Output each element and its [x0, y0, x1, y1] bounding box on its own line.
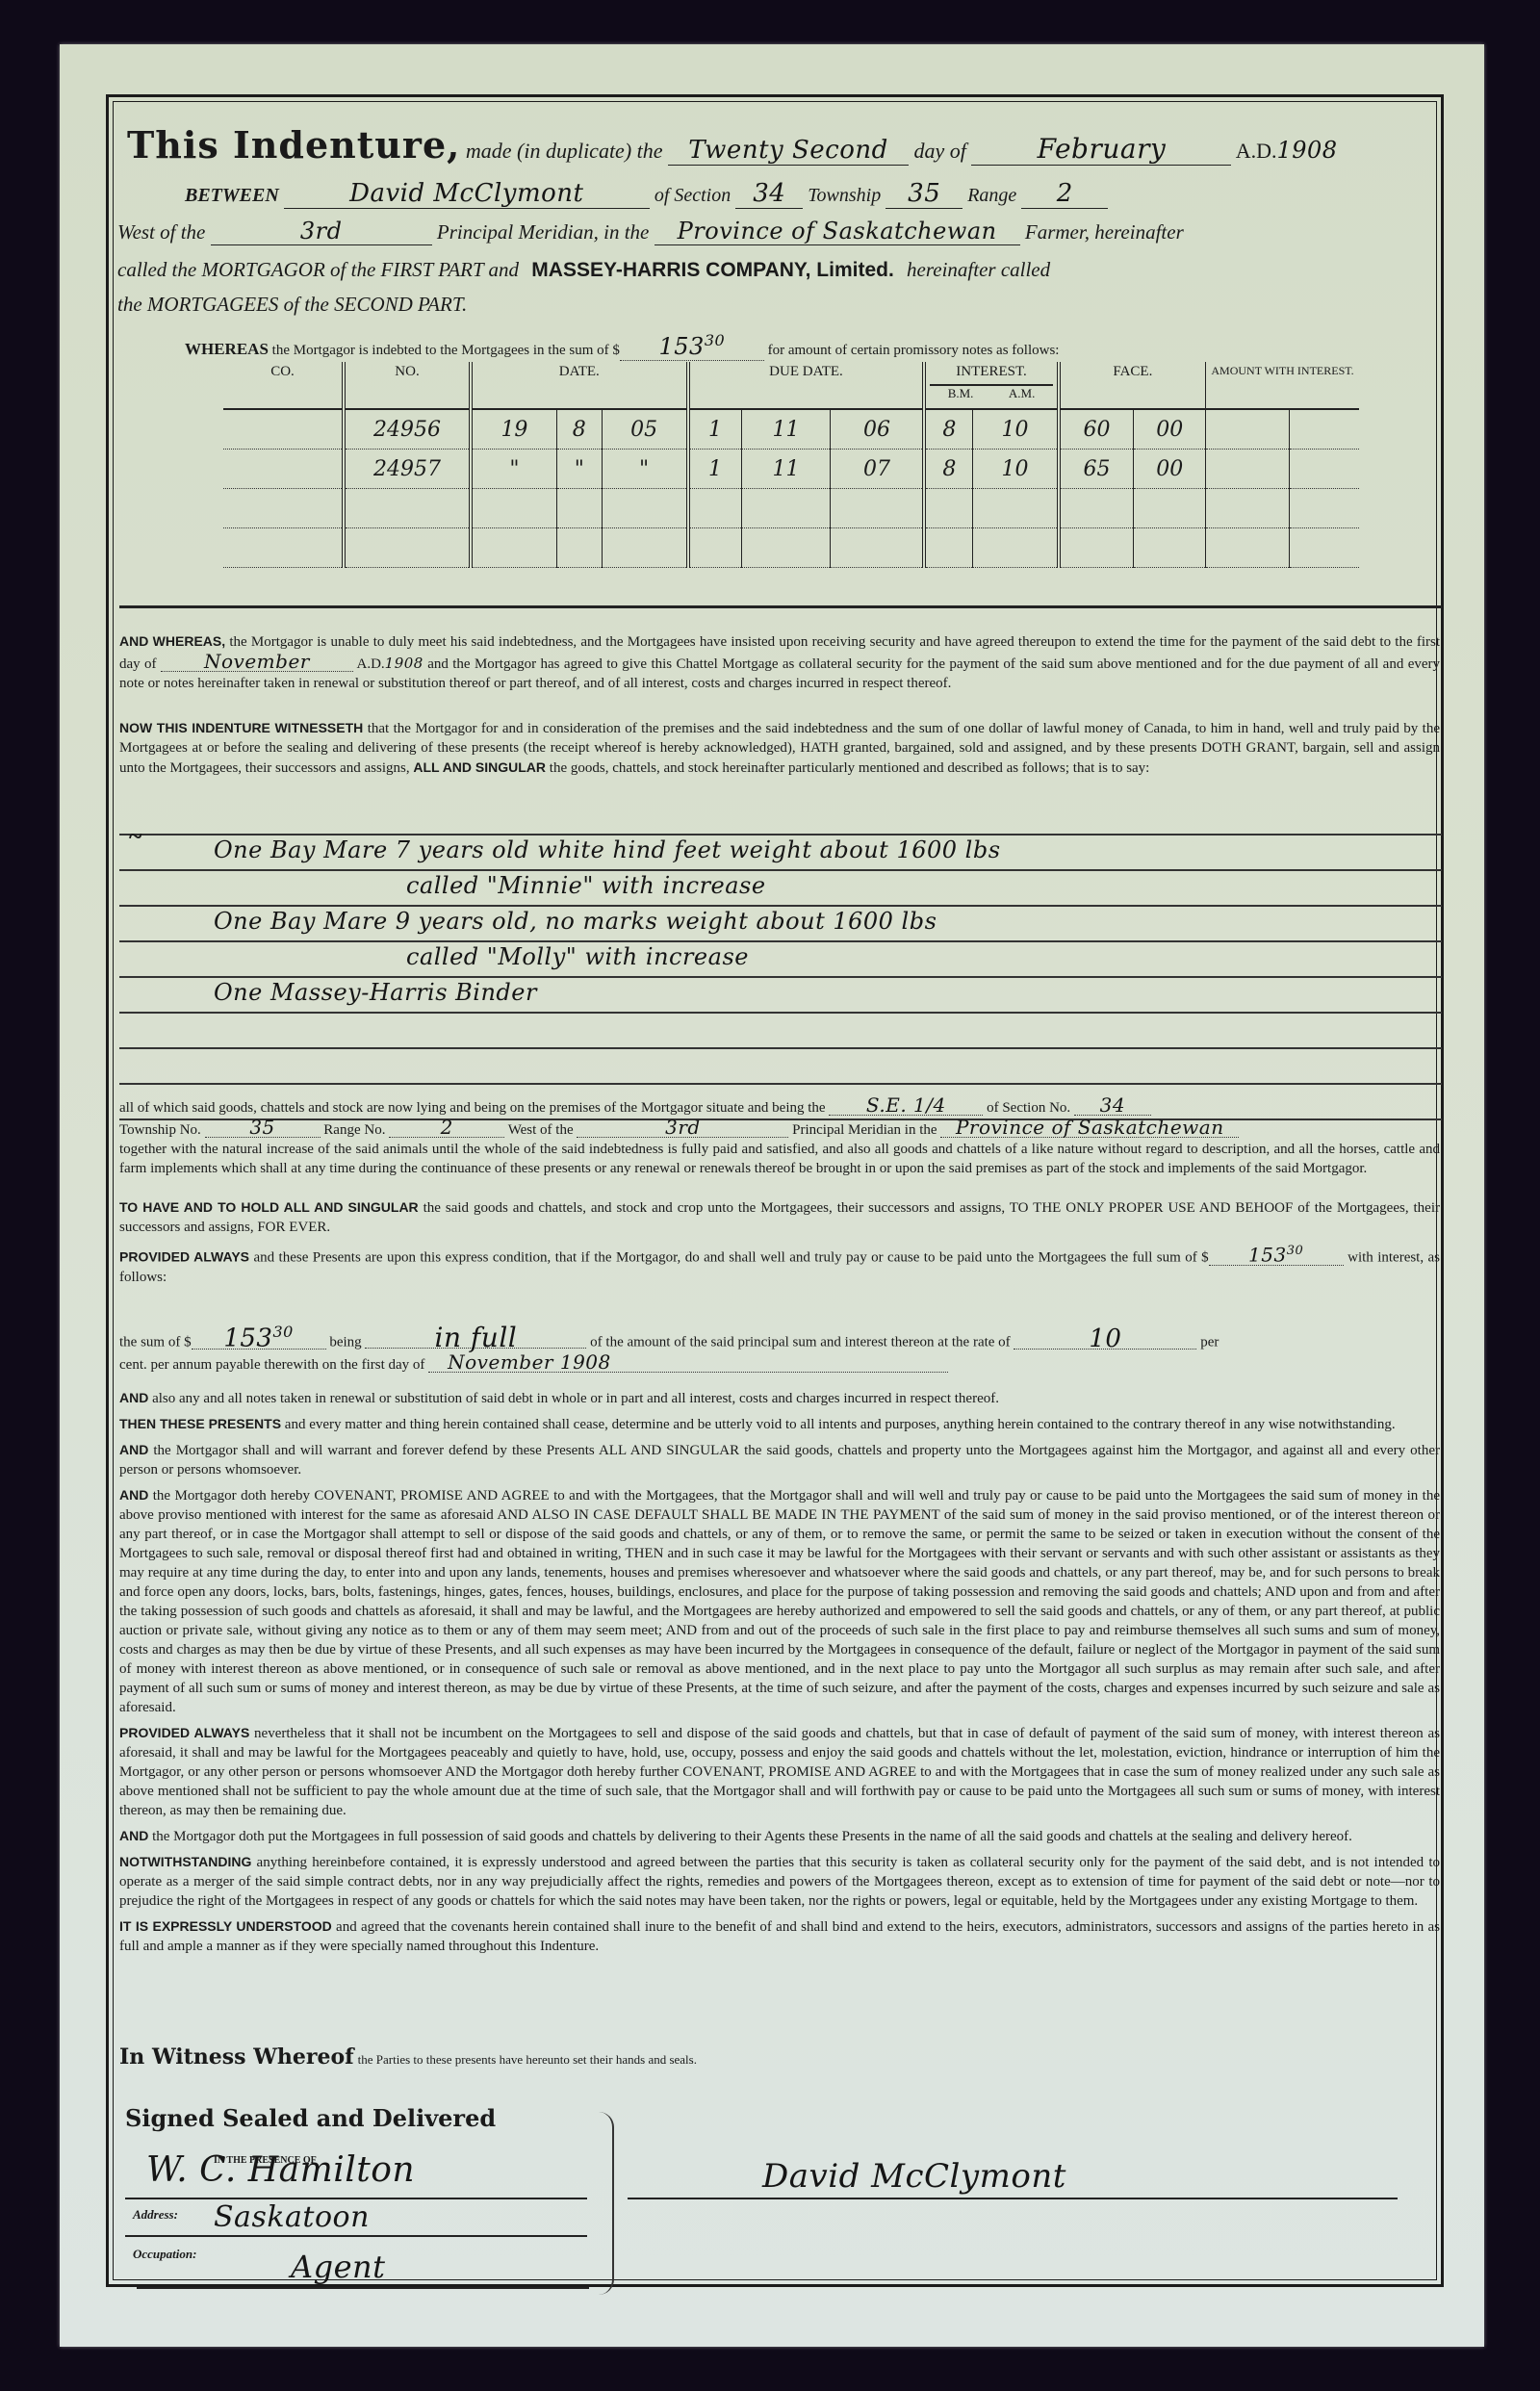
to-have-clause: TO HAVE AND TO HOLD ALL AND SINGULAR the… [119, 1197, 1440, 1237]
cell-interest-am[interactable] [973, 528, 1059, 568]
header-line-5: the MORTGAGEES of the SECOND PART. [117, 293, 467, 317]
clause-text: anything hereinbefore contained, it is e… [119, 1855, 1440, 1909]
premises-meridian-field[interactable]: 3rd [577, 1118, 788, 1138]
col-due-date: DUE DATE. [688, 362, 925, 409]
premises-township-field[interactable]: 35 [205, 1118, 321, 1138]
cell-interest-am[interactable]: 10 [973, 450, 1059, 489]
cell-date-month[interactable] [556, 528, 602, 568]
witnesseth-text-2: the goods, chattels, and stock hereinaft… [550, 760, 1150, 776]
cell-face-cents[interactable] [1134, 489, 1206, 528]
promissory-notes-table: CO. NO. DATE. DUE DATE. INTEREST. B.M. A… [223, 362, 1359, 568]
ad-label-2: A.D. [356, 656, 384, 672]
cell-no[interactable] [344, 528, 471, 568]
being-field[interactable]: in full [365, 1328, 586, 1349]
cell-due-month[interactable] [741, 528, 831, 568]
being-label: being [329, 1335, 361, 1350]
signed-sealed-delivered: Signed Sealed and Delivered [125, 2104, 496, 2132]
clause-label: AND [119, 1828, 148, 1843]
cell-due-day[interactable] [688, 528, 741, 568]
cell-interest-bm[interactable]: 8 [924, 450, 972, 489]
cell-date-month[interactable] [556, 489, 602, 528]
clause-label: AND [119, 1442, 148, 1457]
whereas-line: WHEREAS the Mortgagor is indebted to the… [185, 331, 1059, 361]
cell-face-dollars[interactable]: 65 [1059, 450, 1134, 489]
full-sum-field[interactable]: 15330 [1209, 1242, 1344, 1266]
day-of-label: day of [914, 139, 966, 163]
premises-section-label: of Section No. [987, 1100, 1070, 1116]
township-field[interactable]: 35 [885, 179, 962, 209]
cell-amount-dollars[interactable] [1206, 489, 1290, 528]
to-have-label: TO HAVE AND TO HOLD ALL AND SINGULAR [119, 1199, 419, 1215]
clause-label: AND [119, 1390, 148, 1405]
cell-date-year[interactable] [602, 528, 687, 568]
witnesseth-clause: NOW THIS INDENTURE WITNESSETH that the M… [119, 718, 1440, 778]
header-line-2: BETWEEN David McClymont of Section 34 To… [185, 179, 1108, 209]
table-bottom-rule [119, 605, 1442, 608]
occupation-line [137, 2287, 589, 2289]
goods-rule [119, 1012, 1442, 1014]
premises-range-field[interactable]: 2 [389, 1118, 504, 1138]
header-line-4: called the MORTGAGOR of the FIRST PART a… [117, 258, 1050, 282]
goods-item[interactable]: called "Molly" with increase [406, 943, 749, 970]
goods-item[interactable]: called "Minnie" with increase [406, 872, 766, 899]
provided-text: and these Presents are upon this express… [253, 1250, 1208, 1266]
witnesseth-label: NOW THIS INDENTURE WITNESSETH [119, 720, 363, 735]
witness-signature[interactable]: W. C. Hamilton [146, 2150, 415, 2190]
cell-due-day[interactable]: 1 [688, 409, 741, 450]
payment-sum-field[interactable]: 15330 [192, 1323, 326, 1350]
mortgagor-name-field[interactable]: David McClymont [284, 179, 650, 209]
witness-signature-line [125, 2198, 587, 2199]
cell-date-day[interactable]: 19 [471, 409, 556, 450]
cell-co[interactable] [223, 489, 344, 528]
cell-due-year[interactable] [831, 489, 924, 528]
note-row [223, 489, 1359, 528]
clause-text: the Mortgagor doth hereby COVENANT, PROM… [119, 1488, 1440, 1715]
province-field[interactable]: Province of Saskatchewan [654, 218, 1020, 245]
provided-clause: PROVIDED ALWAYS and these Presents are u… [119, 1242, 1440, 1287]
clause-text: and every matter and thing herein contai… [285, 1417, 1396, 1432]
cell-date-month[interactable]: 8 [556, 409, 602, 450]
cell-due-month[interactable]: 11 [741, 450, 831, 489]
address-line [125, 2235, 587, 2237]
goods-rule [119, 1083, 1442, 1085]
and-whereas-clause: AND WHEREAS, the Mortgagor is unable to … [119, 631, 1440, 693]
cell-due-year[interactable]: 07 [831, 450, 924, 489]
farmer-label: Farmer, hereinafter [1025, 220, 1184, 244]
section-label: of Section [654, 185, 731, 206]
hereinafter-text: hereinafter called [907, 258, 1050, 281]
cell-date-year[interactable]: 05 [602, 409, 687, 450]
quarter-field[interactable]: S.E. 1/4 [829, 1095, 983, 1116]
goods-item[interactable]: One Bay Mare 9 years old, no marks weigh… [214, 908, 937, 935]
cell-date-day[interactable]: " [471, 450, 556, 489]
goods-item[interactable]: One Massey-Harris Binder [214, 979, 537, 1006]
occupation-field[interactable]: Agent [291, 2249, 386, 2285]
payment-sum-label: the sum of $ [119, 1335, 192, 1350]
premises-section-field[interactable]: 34 [1074, 1095, 1151, 1116]
cell-face-cents[interactable] [1134, 528, 1206, 568]
clause-text: also any and all notes taken in renewal … [152, 1391, 999, 1406]
clause-paragraph: AND the Mortgagor shall and will warrant… [119, 1440, 1440, 1479]
cell-amount-cents[interactable] [1289, 450, 1359, 489]
cell-interest-am[interactable] [973, 489, 1059, 528]
header-line-3: West of the 3rd Principal Meridian, in t… [117, 218, 1184, 245]
extension-year-field[interactable]: 1908 [385, 655, 423, 672]
address-label: Address: [133, 2207, 178, 2223]
col-bm: B.M. [948, 386, 974, 401]
payment-text: of the amount of the said principal sum … [590, 1335, 1011, 1350]
clause-paragraph: IT IS EXPRESSLY UNDERSTOOD and agreed th… [119, 1916, 1440, 1956]
mortgagor-signature-line [628, 2198, 1398, 2199]
col-face: FACE. [1059, 362, 1206, 409]
extension-month-field[interactable]: November [161, 652, 353, 672]
premises-township-label: Township No. [119, 1122, 201, 1138]
cell-due-day[interactable] [688, 489, 741, 528]
cell-interest-bm[interactable] [924, 528, 972, 568]
section-field[interactable]: 34 [735, 179, 803, 209]
address-field[interactable]: Saskatoon [214, 2200, 370, 2234]
goods-rule [119, 976, 1442, 978]
year-field[interactable]: 1908 [1277, 137, 1338, 164]
cell-amount-cents[interactable] [1289, 528, 1359, 568]
premises-text-2: together with the natural increase of th… [119, 1142, 1440, 1176]
cell-no[interactable]: 24957 [344, 450, 471, 489]
mortgagor-part-text: called the MORTGAGOR of the FIRST PART a… [117, 258, 519, 281]
cell-amount-dollars[interactable] [1206, 450, 1290, 489]
provided-label: PROVIDED ALWAYS [119, 1249, 249, 1265]
meridian-field[interactable]: 3rd [211, 218, 432, 245]
cell-amount-dollars[interactable] [1206, 409, 1290, 450]
clause-paragraph: AND the Mortgagor doth put the Mortgagee… [119, 1826, 1440, 1846]
col-no: NO. [344, 362, 471, 409]
whereas-label: WHEREAS [185, 340, 269, 358]
company-name: MASSEY-HARRIS COMPANY, Limited. [531, 259, 893, 281]
premises-west-label: West of the [508, 1122, 574, 1138]
clause-label: THEN THESE PRESENTS [119, 1416, 281, 1431]
witness-line: In Witness Whereof the Parties to these … [119, 2044, 697, 2070]
clause-label: NOTWITHSTANDING [119, 1854, 251, 1869]
payment-text-2: cent. per annum payable therewith on the… [119, 1357, 424, 1373]
col-date: DATE. [471, 362, 688, 409]
cell-co[interactable] [223, 409, 344, 450]
clause-label: PROVIDED ALWAYS [119, 1725, 249, 1740]
premises-meridian-label: Principal Meridian in the [792, 1122, 937, 1138]
occupation-label: Occupation: [133, 2247, 196, 2262]
signature-bracket [599, 2112, 614, 2295]
payment-terms: the sum of $15330 being in full of the a… [119, 1323, 1440, 1375]
cell-date-year[interactable] [602, 489, 687, 528]
goods-rule [119, 940, 1442, 942]
cell-date-year[interactable]: " [602, 450, 687, 489]
ad-label: A.D. [1236, 139, 1277, 163]
cell-interest-bm[interactable]: 8 [924, 409, 972, 450]
whereas-text-end: for amount of certain promissory notes a… [768, 343, 1060, 358]
and-whereas-label: AND WHEREAS, [119, 633, 225, 649]
interest-rate-field[interactable]: 10 [1014, 1329, 1196, 1350]
cell-date-month[interactable]: " [556, 450, 602, 489]
cell-due-day[interactable]: 1 [688, 450, 741, 489]
cell-co[interactable] [223, 450, 344, 489]
goods-rule [119, 834, 1442, 836]
range-field[interactable]: 2 [1021, 179, 1108, 209]
cell-no[interactable]: 24956 [344, 409, 471, 450]
mortgagees-part-text: the MORTGAGEES of the SECOND PART. [117, 293, 467, 316]
premises-clause: all of which said goods, chattels and st… [119, 1095, 1440, 1178]
cell-date-day[interactable] [471, 489, 556, 528]
west-label: West of the [117, 220, 205, 244]
clause-paragraph: THEN THESE PRESENTS and every matter and… [119, 1414, 1440, 1434]
cell-interest-bm[interactable] [924, 489, 972, 528]
goods-rule [119, 869, 1442, 871]
cell-face-dollars[interactable]: 60 [1059, 409, 1134, 450]
cell-amount-cents[interactable] [1289, 409, 1359, 450]
made-label: made (in duplicate) the [466, 139, 663, 163]
document-title: This Indenture, [127, 123, 460, 167]
cell-date-day[interactable] [471, 528, 556, 568]
mortgagor-signature[interactable]: David McClymont [762, 2157, 1066, 2196]
cell-face-cents[interactable]: 00 [1134, 409, 1206, 450]
clause-paragraph: NOTWITHSTANDING anything hereinbefore co… [119, 1852, 1440, 1911]
premises-range-label: Range No. [323, 1122, 385, 1138]
township-label: Township [808, 185, 881, 206]
clause-text: the Mortgagor doth put the Mortgagees in… [152, 1829, 1352, 1844]
between-label: BETWEEN [185, 185, 279, 206]
all-and-singular-label: ALL AND SINGULAR [413, 759, 546, 775]
cell-interest-am[interactable]: 10 [973, 409, 1059, 450]
cell-due-year[interactable]: 06 [831, 409, 924, 450]
header-line-1: This Indenture, made (in duplicate) the … [127, 123, 1338, 167]
cell-co[interactable] [223, 528, 344, 568]
clause-text: the Mortgagor shall and will warrant and… [119, 1443, 1440, 1478]
clause-label: IT IS EXPRESSLY UNDERSTOOD [119, 1918, 332, 1934]
note-row [223, 528, 1359, 568]
cell-due-month[interactable]: 11 [741, 409, 831, 450]
range-label: Range [967, 185, 1016, 206]
tilde-mark-icon: ~ [129, 822, 142, 851]
whereas-text: the Mortgagor is indebted to the Mortgag… [272, 343, 620, 358]
cell-amount-cents[interactable] [1289, 489, 1359, 528]
col-amount-with-interest: AMOUNT WITH INTEREST. [1206, 362, 1359, 409]
premises-text: all of which said goods, chattels and st… [119, 1100, 826, 1116]
goods-rule [119, 905, 1442, 907]
cell-face-dollars[interactable] [1059, 528, 1134, 568]
clause-paragraph: AND the Mortgagor doth hereby COVENANT, … [119, 1485, 1440, 1717]
cell-no[interactable] [344, 489, 471, 528]
clause-label: AND [119, 1487, 148, 1503]
cell-face-dollars[interactable] [1059, 489, 1134, 528]
goods-rule [119, 1047, 1442, 1049]
debt-sum-field[interactable]: 15330 [620, 331, 764, 361]
mortgage-document: This Indenture, made (in duplicate) the … [60, 44, 1484, 2347]
clause-paragraph: AND also any and all notes taken in rene… [119, 1388, 1440, 1408]
col-am: A.M. [1009, 386, 1035, 401]
witness-label: In Witness Whereof [119, 2044, 354, 2070]
col-interest: INTEREST. B.M. A.M. [924, 362, 1058, 409]
meridian-label: Principal Meridian, in the [437, 220, 649, 244]
cell-amount-dollars[interactable] [1206, 528, 1290, 568]
clause-paragraph: PROVIDED ALWAYS nevertheless that it sha… [119, 1723, 1440, 1820]
covenant-clauses: AND also any and all notes taken in rene… [119, 1388, 1440, 1962]
goods-item[interactable]: One Bay Mare 7 years old white hind feet… [214, 836, 1001, 863]
premises-province-field[interactable]: Province of Saskatchewan [940, 1118, 1239, 1138]
cell-face-cents[interactable]: 00 [1134, 450, 1206, 489]
witness-text: the Parties to these presents have hereu… [358, 2052, 697, 2067]
cell-due-month[interactable] [741, 489, 831, 528]
day-field[interactable]: Twenty Second [668, 136, 909, 166]
per-label: per [1200, 1335, 1219, 1350]
cell-due-year[interactable] [831, 528, 924, 568]
month-field[interactable]: February [971, 133, 1231, 166]
note-row: 24957"""111078106500 [223, 450, 1359, 489]
payment-date-field[interactable]: November 1908 [428, 1352, 948, 1373]
clause-text: nevertheless that it shall not be incumb… [119, 1726, 1440, 1818]
note-row: 2495619805111068106000 [223, 409, 1359, 450]
col-co: CO. [223, 362, 344, 409]
